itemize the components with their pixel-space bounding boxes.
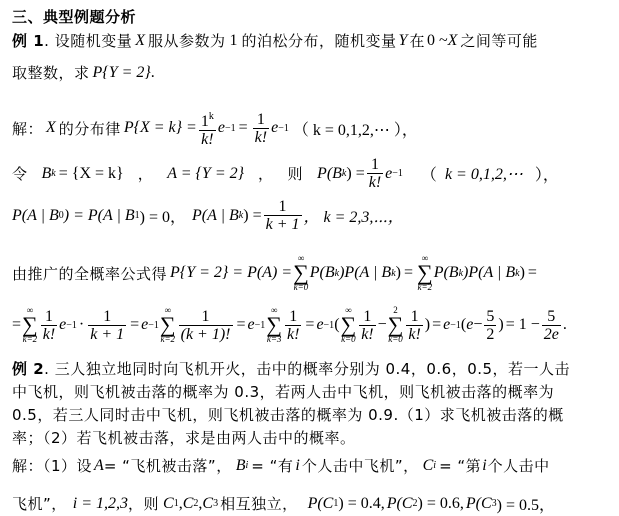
exp: −1 — [324, 320, 335, 331]
section-title: 三、典型例题分析 — [12, 6, 136, 27]
fraction: 1 k + 1 — [264, 198, 302, 233]
text: 取整数，求 — [12, 62, 90, 83]
text: 则 — [288, 163, 304, 184]
num: 5 — [545, 308, 557, 325]
expr: ) = 0， — [140, 204, 186, 227]
text: 在 — [409, 30, 425, 51]
eq: = — [432, 316, 441, 334]
var-y: Y — [399, 32, 408, 50]
text: 相互独立， — [220, 493, 298, 514]
fraction: 1(k + 1)! — [179, 308, 233, 343]
e: e — [466, 316, 473, 334]
example2-line: 率；（2）若飞机被击落，求是由两人击中的概率。 — [12, 429, 356, 447]
exp: −1 — [255, 320, 266, 331]
text: 之间等可能 — [460, 30, 538, 51]
fraction: 52 — [484, 308, 496, 343]
sub: i — [433, 460, 436, 471]
den: k! — [406, 325, 422, 343]
expr: P(C — [387, 495, 413, 513]
text: 由推广的全概率公式得 — [12, 263, 167, 284]
fraction: 1k! — [406, 308, 422, 343]
text: . 设随机变量 — [44, 30, 132, 51]
b: B — [42, 165, 52, 183]
den: (k + 1)! — [179, 325, 233, 343]
num: 1 — [101, 308, 113, 325]
example2-line: 中飞机，则飞机被击落的概率为 0.3，若两人击中飞机，则飞机被击落的概率为 — [12, 383, 554, 401]
expr: P(C — [466, 495, 492, 513]
sigma: ∑ — [160, 315, 176, 335]
den: k! — [253, 128, 269, 146]
paren: ( — [334, 316, 339, 334]
eq: = — [130, 316, 139, 334]
text: （ — [421, 162, 437, 185]
sub: 3 — [213, 498, 218, 509]
e: e — [218, 119, 225, 137]
example2: 例 2. 三人独立地同时向飞机开火，击中的概率分别为 0.4，0.6，0.5，若… — [12, 358, 592, 450]
example2-line: 0.5，若三人同时击中飞机，则飞机被击落的概率为 0.9.（1）求飞机被击落的概 — [12, 406, 564, 424]
solution1-total: 由推广的全概率公式得 P{Y = 2} = P(A) = ∞∑k=0 P(Bk)… — [12, 254, 537, 292]
exp: −1 — [148, 320, 159, 331]
sigma: ∑ — [293, 263, 309, 283]
example1-line2: 取整数，求 P{Y = 2} . — [12, 62, 155, 83]
num: 1 — [277, 198, 289, 215]
fraction: 1k! — [359, 308, 375, 343]
solution1-chain: = ∞∑k=2 1k! e−1 · 1k + 1 = e−1 ∞∑k=2 1(k… — [12, 306, 567, 344]
expr: )P(A | B — [339, 264, 391, 282]
eq: = — [404, 264, 413, 282]
sum: 2∑k=0 — [388, 306, 404, 344]
num: 1 — [369, 156, 381, 173]
exp: −1 — [66, 320, 77, 331]
var-c: C — [163, 495, 174, 513]
solution2-line1: 解：（1）设 A = “飞机被击落”， Bi = “有 i 个人击中飞机”， C… — [12, 455, 550, 476]
expr: A = {Y = 2} — [167, 165, 244, 183]
text: . — [151, 64, 155, 82]
sigma: ∑ — [417, 263, 433, 283]
sub: k — [51, 168, 55, 179]
expr: P{Y = 2} = P(A) = — [170, 264, 292, 282]
sigma: ∑ — [266, 315, 282, 335]
minus: − — [473, 316, 482, 334]
expr: = {X = k} — [59, 165, 124, 183]
text: 的分布律 — [59, 118, 121, 139]
den: 2e — [542, 325, 561, 343]
bot: k=2 — [23, 335, 38, 344]
text: 个人击中 — [488, 455, 550, 476]
fraction: 1k! — [285, 308, 301, 343]
num: 1 — [409, 308, 421, 325]
bot: k=0 — [388, 335, 403, 344]
text: 令 — [12, 163, 28, 184]
solution1-cond: P(A | B0) = P(A | B1) = 0， P(A | Bk) = 1… — [12, 198, 404, 233]
expr: P(A | B — [192, 207, 239, 225]
expr: P(B — [317, 165, 342, 183]
expr: P(A | B — [12, 207, 59, 225]
fraction: 1k! — [41, 308, 57, 343]
e: e — [271, 119, 278, 137]
e: e — [248, 316, 255, 334]
expr: ) = 0.6, — [418, 495, 464, 513]
exp: −1 — [392, 168, 403, 179]
e: e — [385, 165, 392, 183]
fraction: 1 k! — [253, 111, 269, 146]
expr: ) = 0.4, — [338, 495, 384, 513]
sigma: ∑ — [388, 315, 404, 335]
num: 1 — [200, 308, 212, 325]
text: 解： — [12, 118, 43, 139]
bot: k=2 — [418, 283, 433, 292]
den: k! — [199, 130, 215, 148]
solution1-let: 令 Bk = {X = k} ， A = {Y = 2} ， 则 P(Bk) =… — [12, 156, 559, 191]
dot: · — [79, 316, 84, 334]
bot: k=2 — [160, 335, 175, 344]
var-i: i — [295, 457, 299, 475]
var-c: C — [183, 495, 194, 513]
e: e — [443, 316, 450, 334]
bot: k=3 — [267, 335, 282, 344]
expr: ) — [520, 264, 525, 282]
example1-label: 例 1 — [12, 30, 44, 51]
den: k! — [41, 325, 57, 343]
text: ， — [138, 163, 154, 184]
sup: k — [209, 111, 214, 122]
num: 5 — [484, 308, 496, 325]
eq: = — [237, 316, 246, 334]
fraction: 1k k! — [199, 108, 216, 148]
solution1-dist: 解： X 的分布律 P{X = k} = 1k k! e−1 = 1 k! e−… — [12, 108, 418, 148]
den: k! — [359, 325, 375, 343]
period: . — [563, 316, 567, 334]
eq: = — [12, 316, 21, 334]
text: = “第 — [439, 455, 481, 476]
den: k! — [285, 325, 301, 343]
e: e — [141, 316, 148, 334]
expr: i = 1,2,3 — [73, 495, 128, 513]
fraction: 52e — [542, 308, 561, 343]
sum: ∞∑k=3 — [266, 306, 282, 344]
text: 的泊松分布，随机变量 — [242, 30, 397, 51]
num: 1 — [287, 308, 299, 325]
var-c: C — [202, 495, 213, 513]
eq: = — [528, 264, 537, 282]
range: k = 0,1,2,⋯ — [445, 164, 523, 184]
expr: ) = — [346, 165, 364, 183]
result: = 1 − — [506, 316, 540, 334]
exp: −1 — [225, 123, 236, 134]
var-x: X — [46, 119, 56, 137]
e: e — [316, 316, 323, 334]
var-a: A — [94, 457, 104, 475]
minus: − — [378, 316, 387, 334]
expr: ) = — [243, 207, 261, 225]
range: ， k = 2,3,⋯， — [304, 204, 404, 227]
num: 1 — [255, 111, 267, 128]
section-title-text: 三、典型例题分析 — [12, 6, 136, 27]
expr: P(B — [310, 264, 335, 282]
den: k + 1 — [88, 325, 126, 343]
den: k! — [367, 173, 383, 191]
example1-line1: 例 1 . 设随机变量 X 服从参数为 1 的泊松分布，随机变量 Y 在 0 ~… — [12, 30, 538, 51]
param: 1 — [230, 32, 238, 50]
text: ， — [258, 163, 274, 184]
num: 1 — [43, 308, 55, 325]
den: 2 — [484, 325, 496, 343]
expr: P(B — [434, 264, 459, 282]
expr: P(C — [308, 495, 334, 513]
num: 1 — [361, 308, 373, 325]
den: k + 1 — [264, 215, 302, 233]
sigma: ∑ — [341, 315, 357, 335]
exp: −1 — [450, 320, 461, 331]
text: 飞机”， — [12, 493, 67, 514]
num: 1 — [201, 113, 209, 130]
exp: −1 — [278, 123, 289, 134]
bot: k=0 — [294, 283, 309, 292]
expr: P{X = k} = — [124, 119, 197, 137]
expr: ) = P(A | B — [64, 207, 135, 225]
expr: ) = 0.5， — [497, 492, 555, 515]
e: e — [59, 316, 66, 334]
var-c: C — [423, 457, 434, 475]
range: （ k = 0,1,2,⋯ ）， — [293, 117, 418, 140]
text: 解：（1）设 — [12, 455, 92, 476]
sum: ∞∑k=2 — [417, 254, 433, 292]
sum: ∞∑k=0 — [341, 306, 357, 344]
text: = “飞机被击落”， — [104, 455, 232, 476]
sigma: ∑ — [22, 315, 38, 335]
sum: ∞∑k=0 — [293, 254, 309, 292]
example2-line: . 三人独立地同时向飞机开火，击中的概率分别为 0.4，0.6，0.5，若一人击 — [44, 360, 570, 378]
var-x: X — [135, 32, 145, 50]
expr: )P(A | B — [463, 264, 515, 282]
text: 个人击中飞机”， — [302, 455, 419, 476]
sub: i — [246, 460, 249, 471]
eq: = — [239, 119, 248, 137]
paren: ) — [425, 316, 430, 334]
paren: ) — [498, 316, 503, 334]
var-i: i — [482, 457, 486, 475]
fraction: 1 k! — [367, 156, 383, 191]
var-b: B — [236, 457, 246, 475]
range: 0 ~ — [427, 32, 448, 50]
sum: ∞∑k=2 — [22, 306, 38, 344]
expr: P{Y = 2} — [93, 64, 151, 82]
bot: k=0 — [341, 335, 356, 344]
sum: ∞∑k=2 — [160, 306, 176, 344]
var-x: X — [448, 32, 458, 50]
expr: ) — [396, 264, 401, 282]
text: 服从参数为 — [148, 30, 226, 51]
text: = “有 — [251, 455, 293, 476]
text: ）， — [535, 162, 559, 185]
example2-label: 例 2 — [12, 360, 44, 378]
fraction: 1k + 1 — [88, 308, 126, 343]
text: ，则 — [128, 493, 159, 514]
eq: = — [305, 316, 314, 334]
solution2-line2: 飞机”， i = 1,2,3 ，则 C1,C2,C3 相互独立， P(C1) =… — [12, 492, 555, 515]
